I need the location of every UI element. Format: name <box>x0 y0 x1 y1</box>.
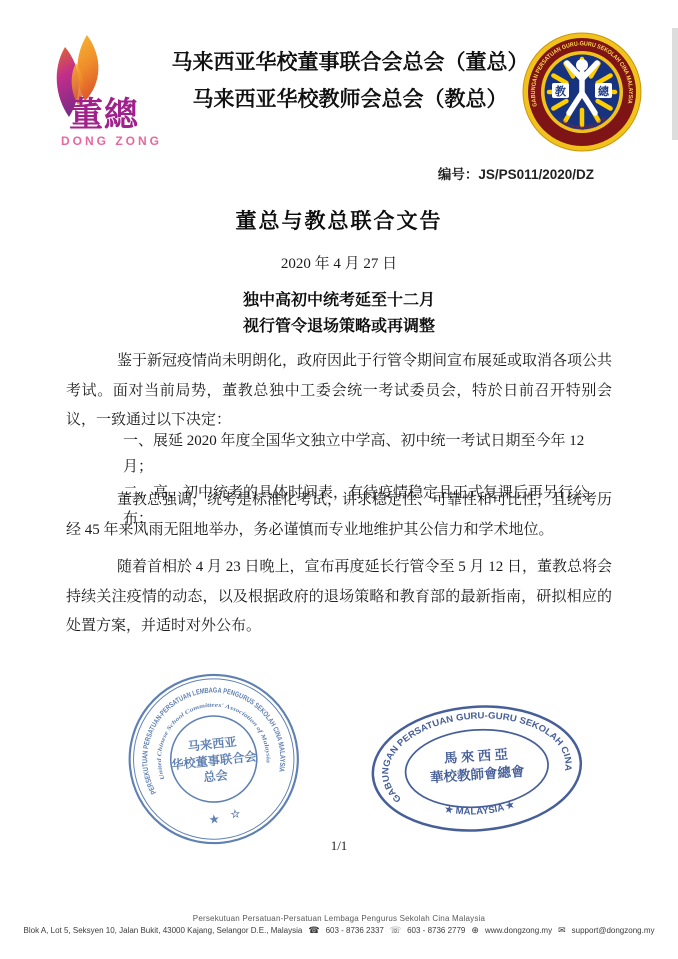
left-stamp-center-line3: 总会 <box>203 767 230 785</box>
subject-line1: 独中高初中统考延至十二月 <box>0 288 678 314</box>
footer-contact-line: Blok A, Lot 5, Seksyen 10, Jalan Bukit, … <box>0 926 678 935</box>
dongzong-round-stamp: PERSEKUTUAN PERSATUAN-PERSATUAN LEMBAGA … <box>117 662 311 860</box>
globe-icon: ⊕ <box>471 926 479 935</box>
right-stamp-bottom-text: ★ MALAYSIA ★ <box>443 799 517 820</box>
right-stamp-center-line1: 馬 來 西 亞 <box>443 746 509 766</box>
logo-chinese-text: 董總 <box>69 87 139 136</box>
footer-phone: 603 - 8736 2337 <box>326 926 384 935</box>
star-filled-icon: ★ <box>209 813 220 826</box>
dongzong-logo: 董總 DONG ZONG <box>45 33 180 168</box>
email-icon: ✉ <box>558 926 566 935</box>
decision-item-1: 一、展延 2020 年度全国华文独立中学高、初中统一考试日期至今年 12 月； <box>123 428 612 480</box>
paragraph-2: 董教总强调，统考是标准化考试，讲求稳定性、可靠性和可比性，且统考历经 45 年来… <box>66 486 612 545</box>
org-line2: 马来西亚华校教师会总会（教总） <box>170 81 530 118</box>
footer-fax: 603 - 8736 2779 <box>407 926 465 935</box>
subject-line2: 视行管令退场策略或再调整 <box>0 314 678 340</box>
page-number: 1/1 <box>0 838 678 854</box>
paragraph-1: 鉴于新冠疫情尚未明朗化，政府因此于行管令期间宣布展延或取消各项公共考试。面对当前… <box>66 347 612 436</box>
footer: Persekutuan Persatuan-Persatuan Lembaga … <box>0 914 678 935</box>
svg-text:★ MALAYSIA ★: ★ MALAYSIA ★ <box>443 799 517 820</box>
fax-icon: ☏ <box>390 926 401 935</box>
star-outline-icon: ☆ <box>230 808 241 821</box>
badge-char-right: 總 <box>597 84 610 98</box>
document-title: 董总与教总联合文告 <box>0 205 678 235</box>
paragraph-3: 随着首相於 4 月 23 日晚上，宣布再度延长行管令至 5 月 12 日，董教总… <box>66 553 612 642</box>
reference-number: JS/PS011/2020/DZ <box>478 167 594 182</box>
org-line1: 马来西亚华校董事联合会总会（董总） <box>170 44 530 81</box>
badge-char-left: 教 <box>554 84 567 98</box>
jiaozong-badge: 教 總 GABUNGAN PERSATUAN GURU-GURU SEKOLAH… <box>522 31 642 153</box>
footer-website: www.dongzong.my <box>485 926 552 935</box>
organization-titles: 马来西亚华校董事联合会总会（董总） 马来西亚华校教师会总会（教总） <box>170 44 530 118</box>
footer-address: Blok A, Lot 5, Seksyen 10, Jalan Bukit, … <box>24 926 303 935</box>
document-subject: 独中高初中统考延至十二月 视行管令退场策略或再调整 <box>0 288 678 340</box>
reference-label: 编号： <box>438 167 479 182</box>
footer-org-line: Persekutuan Persatuan-Persatuan Lembaga … <box>0 914 678 923</box>
document-date: 2020 年 4 月 27 日 <box>0 252 678 273</box>
footer-email: support@dongzong.my <box>572 926 655 935</box>
reference-line: 编号：JS/PS011/2020/DZ <box>438 163 594 183</box>
jiaozong-badge-icon: 教 總 GABUNGAN PERSATUAN GURU-GURU SEKOLAH… <box>522 31 642 153</box>
left-stamp-center-line1: 马来西亚 <box>187 734 238 754</box>
right-stamp-center-line2: 華校教師會總會 <box>430 763 526 786</box>
logo-english-text: DONG ZONG <box>61 134 162 148</box>
scan-artifact <box>672 28 678 140</box>
document-page: 董總 DONG ZONG 马来西亚华校董事联合会总会（董总） 马来西亚华校教师会… <box>0 0 678 959</box>
phone-icon: ☎ <box>308 926 319 935</box>
jiaozong-oval-stamp: GABUNGAN PERSATUAN GURU-GURU SEKOLAH CIN… <box>361 693 592 848</box>
